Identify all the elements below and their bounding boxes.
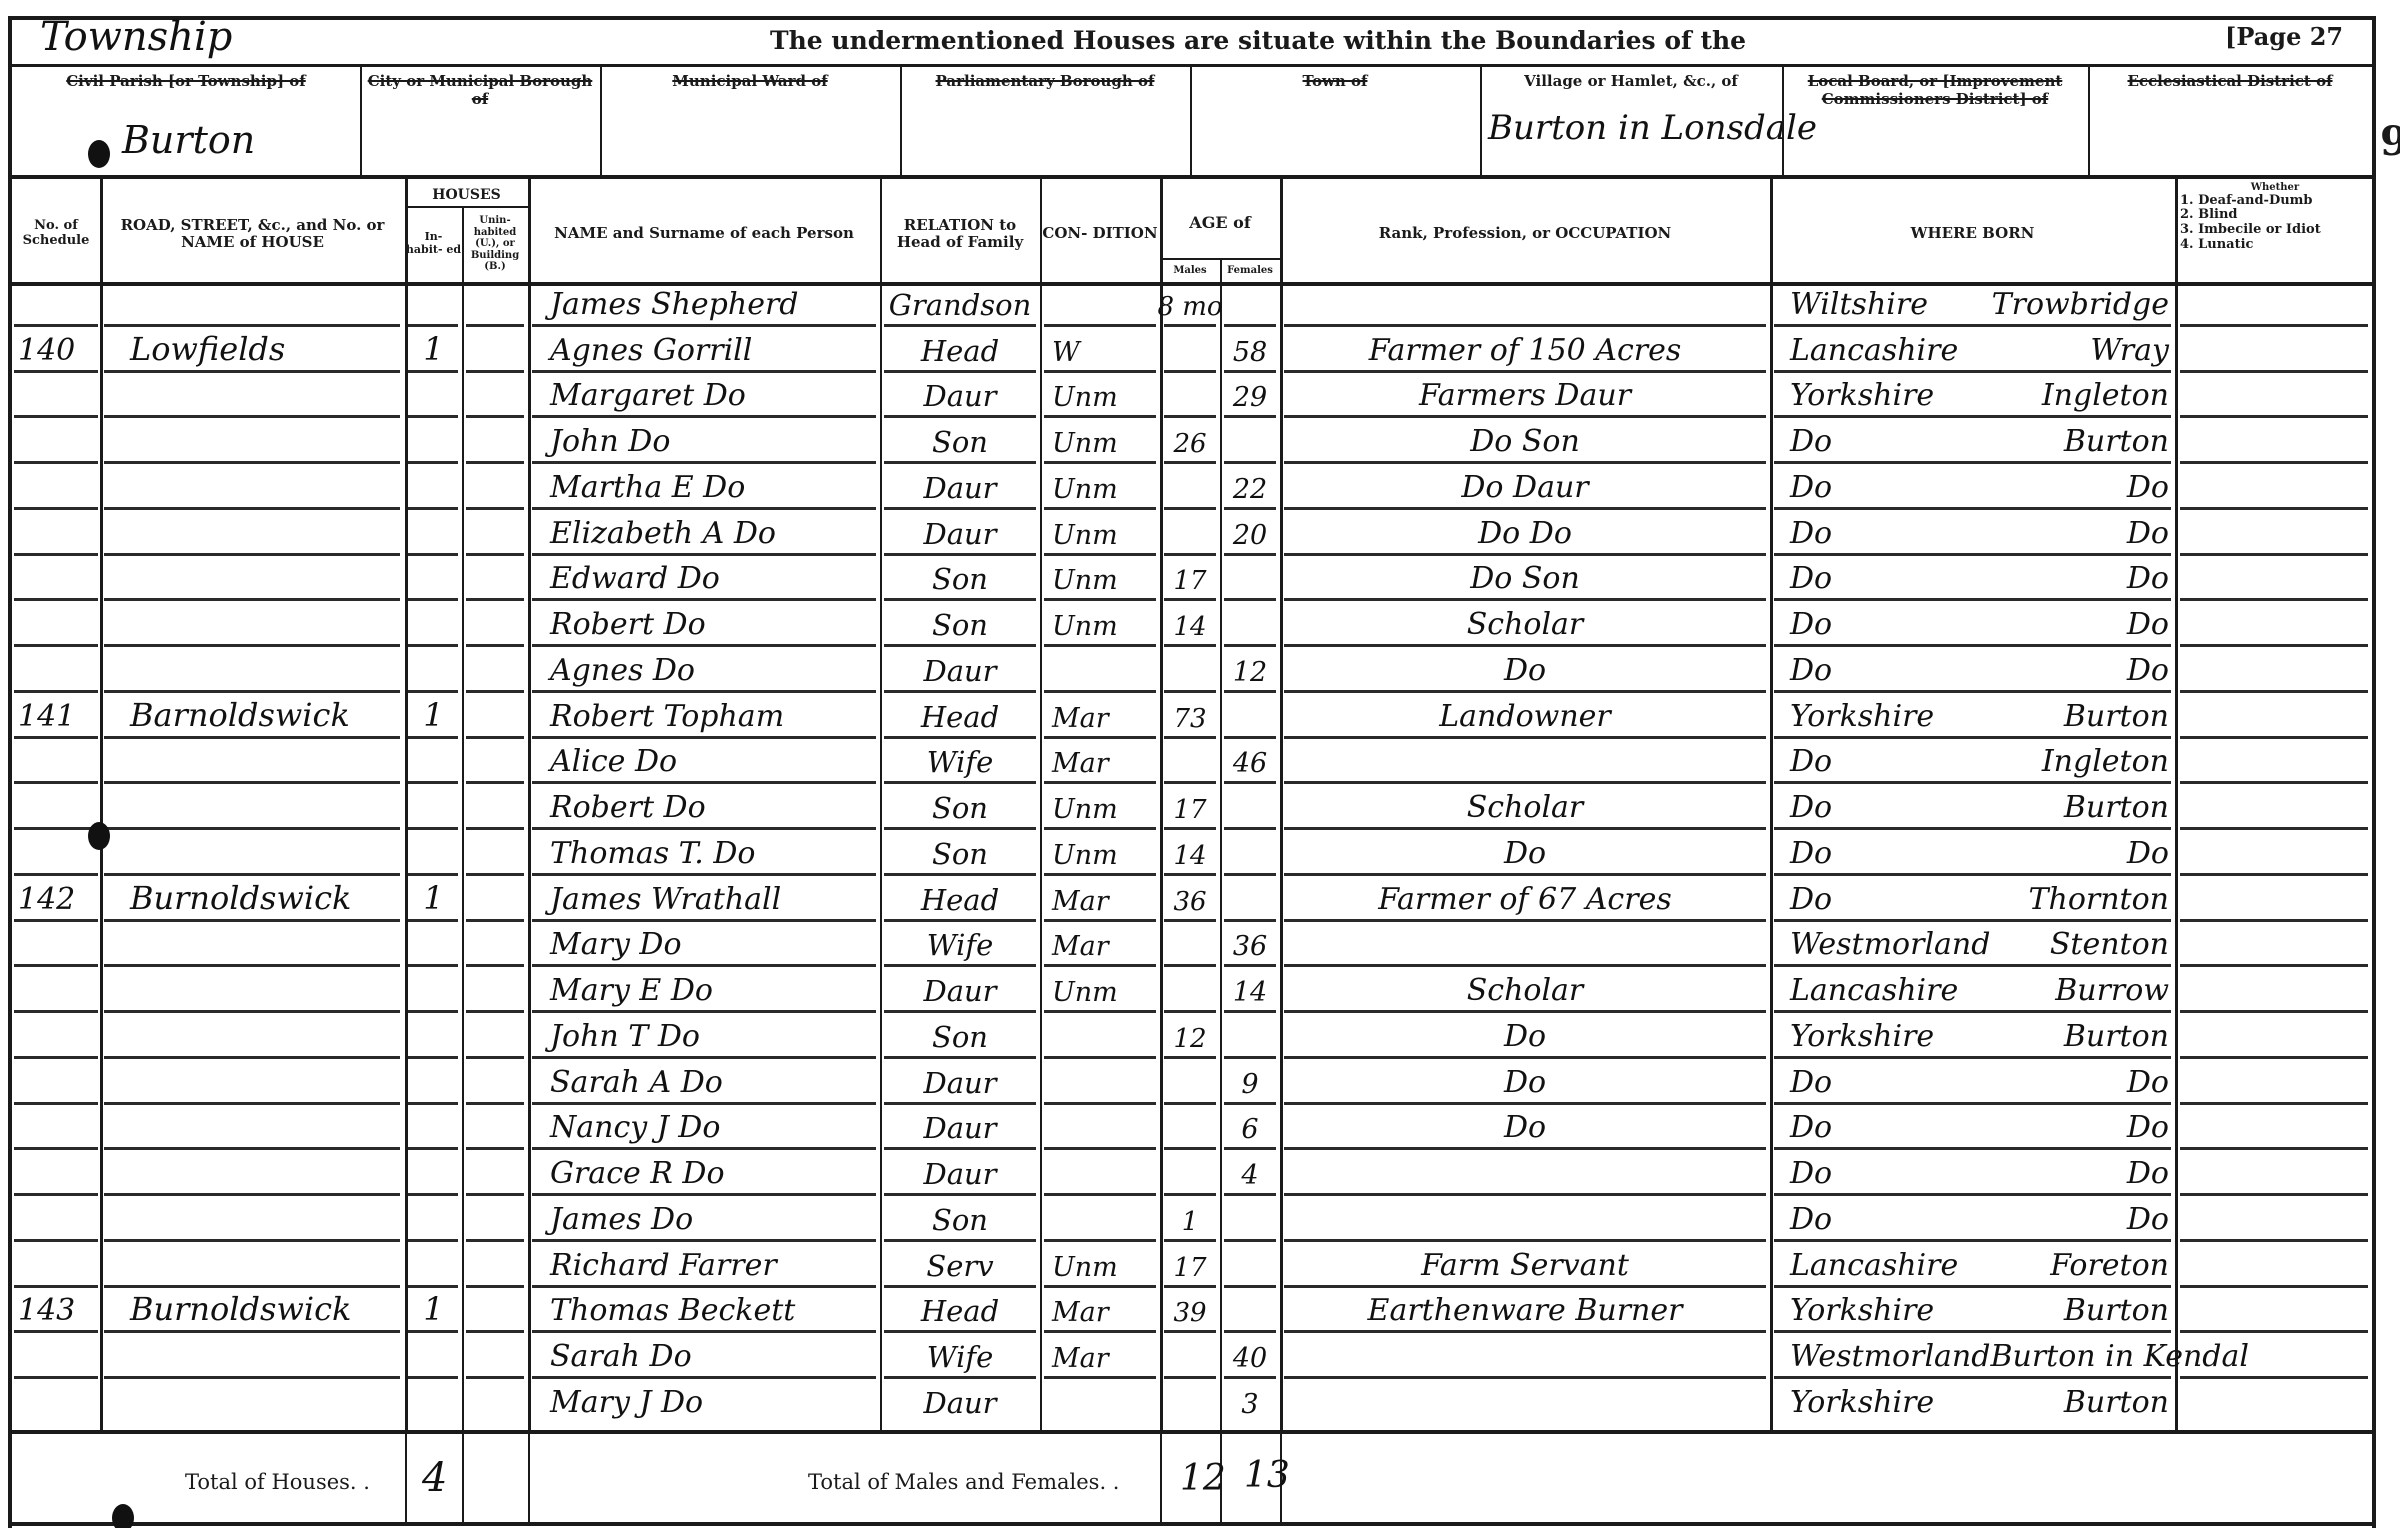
schedule-number: 143 bbox=[18, 1293, 100, 1329]
ruled-line bbox=[104, 370, 400, 373]
ruled-line bbox=[1224, 964, 1276, 967]
ruled-line bbox=[2180, 461, 2368, 464]
ruled-line bbox=[104, 690, 400, 693]
ruled-line bbox=[408, 644, 458, 647]
totals-divider bbox=[8, 1430, 2376, 1434]
condition: Unm bbox=[1052, 606, 1160, 642]
ruled-line bbox=[408, 1102, 458, 1105]
header-females: Females bbox=[1220, 262, 1280, 280]
occupation bbox=[1280, 286, 1770, 322]
male-age: 14 bbox=[1160, 835, 1220, 871]
ink-blot bbox=[88, 140, 110, 168]
condition: Mar bbox=[1052, 698, 1160, 734]
ruled-line bbox=[14, 461, 98, 464]
schedule-number: 141 bbox=[18, 698, 100, 734]
where-born: DoBurton bbox=[1780, 789, 2175, 825]
born-county: Westmorland bbox=[1780, 1339, 1990, 1374]
born-place: Burton bbox=[2064, 790, 2169, 825]
female-age: 12 bbox=[1220, 652, 1280, 688]
relation: Head bbox=[880, 881, 1040, 917]
ruled-line bbox=[1284, 415, 1766, 418]
house-name bbox=[130, 652, 405, 688]
ruled-line bbox=[1164, 919, 1216, 922]
table-row: Grace R DoDaur4DoDo bbox=[0, 1155, 2400, 1201]
ruled-line bbox=[532, 1239, 876, 1242]
boundary-divider-line bbox=[600, 67, 602, 177]
female-age: 20 bbox=[1220, 515, 1280, 551]
where-born: DoBurton bbox=[1780, 423, 2175, 459]
female-age: 14 bbox=[1220, 972, 1280, 1008]
ink-blot bbox=[112, 1504, 134, 1528]
house-name bbox=[130, 606, 405, 642]
ruled-line bbox=[884, 324, 1036, 327]
ruled-line bbox=[466, 644, 524, 647]
relation: Daur bbox=[880, 378, 1040, 414]
occupation: Farmer of 67 Acres bbox=[1280, 881, 1770, 917]
ruled-line bbox=[1774, 1376, 2171, 1379]
table-row: Thomas T. DoSonUnm14DoDoDo bbox=[0, 835, 2400, 881]
boundary-label: Civil Parish [or Township] of bbox=[18, 72, 354, 90]
born-place: Do bbox=[2127, 1202, 2169, 1237]
where-born: LancashireBurrow bbox=[1780, 972, 2175, 1008]
ruled-line bbox=[884, 553, 1036, 556]
table-row: James DoSon1DoDo bbox=[0, 1201, 2400, 1247]
ruled-line bbox=[1044, 1010, 1156, 1013]
female-age bbox=[1220, 561, 1280, 597]
ruled-line bbox=[14, 1010, 98, 1013]
condition: Unm bbox=[1052, 789, 1160, 825]
ruled-line bbox=[408, 324, 458, 327]
born-place: Burrow bbox=[2055, 973, 2169, 1008]
boundary-label: City or Municipal Borough of bbox=[366, 72, 594, 108]
boundary-divider-line bbox=[2088, 67, 2090, 177]
ruled-line bbox=[884, 690, 1036, 693]
ruled-line bbox=[1164, 1193, 1216, 1196]
condition: Unm bbox=[1052, 561, 1160, 597]
ruled-line bbox=[104, 781, 400, 784]
relation: Son bbox=[880, 1018, 1040, 1054]
relation: Son bbox=[880, 423, 1040, 459]
born-county: Do bbox=[1780, 607, 1832, 642]
ruled-line bbox=[104, 1239, 400, 1242]
ruled-line bbox=[1284, 690, 1766, 693]
ruled-line bbox=[104, 736, 400, 739]
born-place: Thornton bbox=[2029, 882, 2170, 917]
table-row: Alice DoWifeMar46DoIngleton bbox=[0, 744, 2400, 790]
condition: Mar bbox=[1052, 1338, 1160, 1374]
ruled-line bbox=[408, 553, 458, 556]
ruled-line bbox=[104, 1193, 400, 1196]
ruled-line bbox=[532, 827, 876, 830]
ruled-line bbox=[884, 781, 1036, 784]
person-name: Mary J Do bbox=[550, 1384, 880, 1420]
infirmity bbox=[2175, 972, 2372, 1008]
ruled-line bbox=[884, 1147, 1036, 1150]
ruled-line bbox=[1284, 324, 1766, 327]
infirmity bbox=[2175, 332, 2372, 368]
ruled-line bbox=[104, 1330, 400, 1333]
occupation: Do Son bbox=[1280, 423, 1770, 459]
column-line bbox=[405, 1430, 407, 1525]
inhabited-count bbox=[405, 1064, 462, 1100]
schedule-number bbox=[18, 1247, 100, 1283]
person-name: Sarah A Do bbox=[550, 1064, 880, 1100]
infirmity bbox=[2175, 789, 2372, 825]
ruled-line bbox=[408, 415, 458, 418]
ruled-line bbox=[408, 507, 458, 510]
table-row: Agnes DoDaur12DoDoDo bbox=[0, 652, 2400, 698]
ruled-line bbox=[408, 690, 458, 693]
ruled-line bbox=[14, 781, 98, 784]
ruled-line bbox=[1774, 324, 2171, 327]
ruled-line bbox=[1044, 690, 1156, 693]
column-line bbox=[528, 1430, 530, 1525]
female-age: 58 bbox=[1220, 332, 1280, 368]
schedule-number bbox=[18, 789, 100, 825]
ruled-line bbox=[2180, 736, 2368, 739]
ruled-line bbox=[1224, 598, 1276, 601]
schedule-number bbox=[18, 1018, 100, 1054]
inhabited-count bbox=[405, 652, 462, 688]
where-born: WestmorlandBurton in Kendal bbox=[1780, 1338, 2175, 1374]
ruled-line bbox=[532, 964, 876, 967]
ruled-line bbox=[532, 507, 876, 510]
person-name: John Do bbox=[550, 423, 880, 459]
female-age: 6 bbox=[1220, 1110, 1280, 1146]
female-age: 46 bbox=[1220, 744, 1280, 780]
born-place: Do bbox=[2127, 516, 2169, 551]
occupation: Scholar bbox=[1280, 606, 1770, 642]
schedule-number bbox=[18, 1064, 100, 1100]
ruled-line bbox=[2180, 1193, 2368, 1196]
ruled-line bbox=[104, 1376, 400, 1379]
ruled-line bbox=[1774, 873, 2171, 876]
boundary-divider-line bbox=[1190, 67, 1192, 177]
whether-item: 3. Imbecile or Idiot bbox=[2180, 223, 2370, 238]
inhabited-count bbox=[405, 1201, 462, 1237]
where-born: DoDo bbox=[1780, 1110, 2175, 1146]
born-county: Do bbox=[1780, 1065, 1832, 1100]
house-name bbox=[130, 1247, 405, 1283]
condition: Unm bbox=[1052, 972, 1160, 1008]
ruled-line bbox=[1044, 1285, 1156, 1288]
header-age: AGE of bbox=[1160, 190, 1280, 256]
person-name: Richard Farrer bbox=[550, 1247, 880, 1283]
ruled-line bbox=[1044, 1193, 1156, 1196]
ruled-line bbox=[466, 415, 524, 418]
where-born: YorkshireIngleton bbox=[1780, 378, 2175, 414]
boundary-divider-line bbox=[1480, 67, 1482, 177]
banner-divider bbox=[8, 64, 2376, 67]
ruled-line bbox=[1774, 507, 2171, 510]
ruled-line bbox=[884, 736, 1036, 739]
ruled-line bbox=[408, 1010, 458, 1013]
ruled-line bbox=[1164, 324, 1216, 327]
infirmity bbox=[2175, 515, 2372, 551]
occupation: Do Daur bbox=[1280, 469, 1770, 505]
ruled-line bbox=[2180, 1376, 2368, 1379]
boundary-label: Ecclesiastical District of bbox=[2094, 72, 2366, 90]
ruled-line bbox=[1044, 598, 1156, 601]
relation: Daur bbox=[880, 972, 1040, 1008]
ruled-line bbox=[14, 1056, 98, 1059]
ruled-line bbox=[104, 598, 400, 601]
table-row: John DoSonUnm26Do SonDoBurton bbox=[0, 423, 2400, 469]
inhabited-count bbox=[405, 1247, 462, 1283]
occupation: Scholar bbox=[1280, 972, 1770, 1008]
ruled-line bbox=[884, 461, 1036, 464]
ruled-line bbox=[1044, 1102, 1156, 1105]
female-age bbox=[1220, 606, 1280, 642]
person-name: James Shepherd bbox=[550, 286, 880, 322]
ruled-line bbox=[1164, 507, 1216, 510]
ruled-line bbox=[466, 1102, 524, 1105]
person-name: Robert Do bbox=[550, 789, 880, 825]
occupation bbox=[1280, 744, 1770, 780]
male-age: 36 bbox=[1160, 881, 1220, 917]
where-born: DoIngleton bbox=[1780, 744, 2175, 780]
ruled-line bbox=[532, 415, 876, 418]
inhabited-count bbox=[405, 835, 462, 871]
ruled-line bbox=[1284, 736, 1766, 739]
person-name: James Wrathall bbox=[550, 881, 880, 917]
born-place: Ingleton bbox=[2042, 378, 2169, 413]
occupation bbox=[1280, 927, 1770, 963]
house-name bbox=[130, 378, 405, 414]
ruled-line bbox=[14, 644, 98, 647]
schedule-number: 140 bbox=[18, 332, 100, 368]
ruled-line bbox=[466, 1056, 524, 1059]
table-row: Sarah A DoDaur9DoDoDo bbox=[0, 1064, 2400, 1110]
condition bbox=[1052, 1018, 1160, 1054]
schedule-number bbox=[18, 652, 100, 688]
house-name: Barnoldswick bbox=[130, 698, 405, 734]
header-whether: Whether1. Deaf-and-Dumb2. Blind3. Imbeci… bbox=[2180, 182, 2370, 253]
ruled-line bbox=[14, 1147, 98, 1150]
born-county: Yorkshire bbox=[1780, 378, 1934, 413]
house-name bbox=[130, 1384, 405, 1420]
ruled-line bbox=[1774, 1147, 2171, 1150]
ruled-line bbox=[884, 1376, 1036, 1379]
header-inhabited: In- habit- ed bbox=[405, 210, 462, 278]
house-name bbox=[130, 1338, 405, 1374]
inhabited-count bbox=[405, 423, 462, 459]
born-place: Trowbridge bbox=[1992, 287, 2169, 322]
ruled-line bbox=[14, 919, 98, 922]
ruled-line bbox=[1044, 324, 1156, 327]
ruled-line bbox=[532, 324, 876, 327]
ruled-line bbox=[104, 324, 400, 327]
ruled-line bbox=[1774, 1330, 2171, 1333]
ruled-line bbox=[2180, 873, 2368, 876]
ruled-line bbox=[1164, 781, 1216, 784]
infirmity bbox=[2175, 927, 2372, 963]
ruled-line bbox=[1224, 1193, 1276, 1196]
ruled-line bbox=[408, 1376, 458, 1379]
ruled-line bbox=[884, 964, 1036, 967]
infirmity bbox=[2175, 1338, 2372, 1374]
person-name: James Do bbox=[550, 1201, 880, 1237]
ruled-line bbox=[1224, 553, 1276, 556]
schedule-number: 142 bbox=[18, 881, 100, 917]
ruled-line bbox=[14, 964, 98, 967]
table-row: Mary DoWifeMar36WestmorlandStenton bbox=[0, 927, 2400, 973]
born-county: Do bbox=[1780, 744, 1832, 779]
ruled-line bbox=[1284, 873, 1766, 876]
ruled-line bbox=[1044, 1056, 1156, 1059]
ruled-line bbox=[1224, 1330, 1276, 1333]
person-name: Martha E Do bbox=[550, 469, 880, 505]
boundary-divider-line bbox=[1782, 67, 1784, 177]
ruled-line bbox=[466, 507, 524, 510]
ruled-line bbox=[1044, 415, 1156, 418]
ruled-line bbox=[466, 1147, 524, 1150]
ruled-line bbox=[532, 781, 876, 784]
relation: Wife bbox=[880, 744, 1040, 780]
header-houses: HOUSES bbox=[405, 184, 528, 206]
infirmity bbox=[2175, 378, 2372, 414]
ruled-line bbox=[1224, 507, 1276, 510]
ruled-line bbox=[466, 370, 524, 373]
ruled-line bbox=[466, 1239, 524, 1242]
occupation: Earthenware Burner bbox=[1280, 1293, 1770, 1329]
table-row: Mary E DoDaurUnm14ScholarLancashireBurro… bbox=[0, 972, 2400, 1018]
inhabited-count: 1 bbox=[405, 881, 462, 917]
ruled-line bbox=[408, 1239, 458, 1242]
occupation: Do bbox=[1280, 1110, 1770, 1146]
ruled-line bbox=[1164, 1147, 1216, 1150]
person-name: Mary Do bbox=[550, 927, 880, 963]
ruled-line bbox=[1224, 1147, 1276, 1150]
ruled-line bbox=[1164, 461, 1216, 464]
ruled-line bbox=[466, 827, 524, 830]
occupation: Farmers Daur bbox=[1280, 378, 1770, 414]
schedule-number bbox=[18, 515, 100, 551]
boundary-value: Burton bbox=[122, 118, 255, 162]
ruled-line bbox=[104, 1102, 400, 1105]
male-age bbox=[1160, 515, 1220, 551]
condition bbox=[1052, 1384, 1160, 1420]
male-age bbox=[1160, 652, 1220, 688]
schedule-number bbox=[18, 606, 100, 642]
total-houses-value: 4 bbox=[422, 1455, 447, 1501]
house-name bbox=[130, 1155, 405, 1191]
ruled-line bbox=[408, 1193, 458, 1196]
ruled-line bbox=[104, 644, 400, 647]
born-place: Burton bbox=[2064, 1385, 2169, 1420]
ruled-line bbox=[1044, 370, 1156, 373]
header-uninhabited: Unin- habited (U.), or Building (B.) bbox=[462, 208, 528, 280]
ruled-line bbox=[466, 1193, 524, 1196]
male-age: 73 bbox=[1160, 698, 1220, 734]
table-row: Sarah DoWifeMar40WestmorlandBurton in Ke… bbox=[0, 1338, 2400, 1384]
male-age: 17 bbox=[1160, 561, 1220, 597]
born-county: Do bbox=[1780, 1110, 1832, 1145]
born-county: Westmorland bbox=[1780, 927, 1990, 962]
ruled-line bbox=[104, 827, 400, 830]
ruled-line bbox=[532, 1010, 876, 1013]
where-born: DoDo bbox=[1780, 469, 2175, 505]
ruled-line bbox=[466, 781, 524, 784]
ruled-line bbox=[1284, 1010, 1766, 1013]
ruled-line bbox=[1164, 1330, 1216, 1333]
inhabited-count bbox=[405, 1155, 462, 1191]
female-age: 36 bbox=[1220, 927, 1280, 963]
ruled-line bbox=[1224, 1239, 1276, 1242]
ink-blot bbox=[88, 822, 110, 850]
born-place: Do bbox=[2127, 607, 2169, 642]
whether-item: 4. Lunatic bbox=[2180, 238, 2370, 253]
ruled-line bbox=[1774, 461, 2171, 464]
ruled-line bbox=[104, 1147, 400, 1150]
born-county: Do bbox=[1780, 1202, 1832, 1237]
female-age bbox=[1220, 835, 1280, 871]
inhabited-count: 1 bbox=[405, 1293, 462, 1329]
ruled-line bbox=[1224, 415, 1276, 418]
ruled-line bbox=[104, 1056, 400, 1059]
ruled-line bbox=[1044, 1147, 1156, 1150]
boundary-label: Municipal Ward of bbox=[606, 72, 894, 90]
ruled-line bbox=[532, 598, 876, 601]
side-number: 9 bbox=[2380, 118, 2400, 165]
schedule-number bbox=[18, 1338, 100, 1374]
ruled-line bbox=[14, 1330, 98, 1333]
infirmity bbox=[2175, 286, 2372, 322]
infirmity bbox=[2175, 1247, 2372, 1283]
ruled-line bbox=[408, 598, 458, 601]
house-name: Lowfields bbox=[130, 332, 405, 368]
ruled-line bbox=[2180, 553, 2368, 556]
header-schedule: No. of Schedule bbox=[12, 190, 100, 278]
ruled-line bbox=[104, 461, 400, 464]
born-county: Do bbox=[1780, 653, 1832, 688]
occupation bbox=[1280, 1384, 1770, 1420]
inhabited-count bbox=[405, 1110, 462, 1146]
boundary-label: Village or Hamlet, &c., of bbox=[1486, 72, 1776, 90]
boundary-divider-line bbox=[900, 67, 902, 177]
relation: Wife bbox=[880, 927, 1040, 963]
person-name: John T Do bbox=[550, 1018, 880, 1054]
ruled-line bbox=[1774, 827, 2171, 830]
ruled-line bbox=[2180, 415, 2368, 418]
born-county: Lancashire bbox=[1780, 1248, 1958, 1283]
where-born: DoDo bbox=[1780, 606, 2175, 642]
table-row: James ShepherdGrandson8 moWiltshireTrowb… bbox=[0, 286, 2400, 332]
ruled-line bbox=[1224, 919, 1276, 922]
person-name: Grace R Do bbox=[550, 1155, 880, 1191]
ruled-line bbox=[2180, 370, 2368, 373]
inhabited-count bbox=[405, 927, 462, 963]
ruled-line bbox=[408, 964, 458, 967]
ruled-line bbox=[1284, 507, 1766, 510]
born-county: Yorkshire bbox=[1780, 1293, 1934, 1328]
ruled-line bbox=[2180, 964, 2368, 967]
boundary-divider-line bbox=[360, 67, 362, 177]
ruled-line bbox=[532, 690, 876, 693]
ruled-line bbox=[1044, 1330, 1156, 1333]
born-county: Yorkshire bbox=[1780, 1019, 1934, 1054]
where-born: DoDo bbox=[1780, 1155, 2175, 1191]
inhabited-count bbox=[405, 744, 462, 780]
table-row: Robert DoSonUnm17ScholarDoBurton bbox=[0, 789, 2400, 835]
occupation: Do bbox=[1280, 835, 1770, 871]
where-born: YorkshireBurton bbox=[1780, 698, 2175, 734]
person-name: Thomas Beckett bbox=[550, 1293, 880, 1329]
born-county: Wiltshire bbox=[1780, 287, 1928, 322]
ruled-line bbox=[1044, 781, 1156, 784]
where-born: YorkshireBurton bbox=[1780, 1293, 2175, 1329]
inhabited-count bbox=[405, 789, 462, 825]
